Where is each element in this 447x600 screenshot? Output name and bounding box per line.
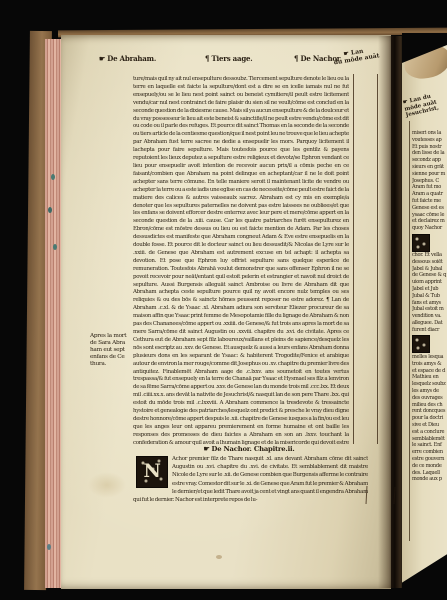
year-column-rule-1 xyxy=(353,74,354,444)
chapter-heading: ☛ De Nachor. Chapitre.ii. xyxy=(133,445,365,453)
woodcut-initial-N: N xyxy=(136,456,168,488)
sliver-text-column-2: chor. Et vella dessous soiēt Jabel & Jub… xyxy=(412,252,447,334)
running-header-left: ☛ De Abraham. xyxy=(99,54,156,63)
marbling-speck xyxy=(51,174,55,180)
marbling-speck xyxy=(53,244,57,250)
sliver-woodcut-initial-1 xyxy=(412,234,430,252)
sliver-year-column-rule xyxy=(409,121,410,541)
main-text-block: ture/mais quil ny ait nul ensepulture de… xyxy=(133,76,349,445)
sliver-year-column-header: ☛ Lan du mōde auāt Jesuchrist, xyxy=(402,90,447,119)
sliver-bottom-shadow xyxy=(402,543,447,588)
chapter-2-text: Achor premier filz de Thare nasquit .xl.… xyxy=(133,456,368,503)
marbling-speck xyxy=(47,544,51,550)
sliver-text-column-1: miseri ons la voutesses ap Et puis nostr… xyxy=(412,130,447,233)
book-photo-scene: ☛ De Abraham. ¶ Tiers aage. ¶ De Nachor.… xyxy=(0,0,447,600)
margin-note: Apres la mort de Sara Abra ham eut sept … xyxy=(90,333,131,368)
page-sliver-next-leaf: ☛ Lan du mōde auāt Jesuchrist, miseri on… xyxy=(402,33,447,588)
chapter-2-paragraph: NAchor premier filz de Thare nasquit .xl… xyxy=(133,455,368,513)
page-stain xyxy=(88,472,126,498)
page-speck xyxy=(216,555,222,559)
running-header-center: ¶ Tiers aage. xyxy=(205,54,253,63)
sliver-text-column-3: melles lesqua trois amys & et espace de … xyxy=(412,354,447,490)
sliver-woodcut-initial-2 xyxy=(412,335,430,353)
marbling-speck xyxy=(48,207,52,213)
